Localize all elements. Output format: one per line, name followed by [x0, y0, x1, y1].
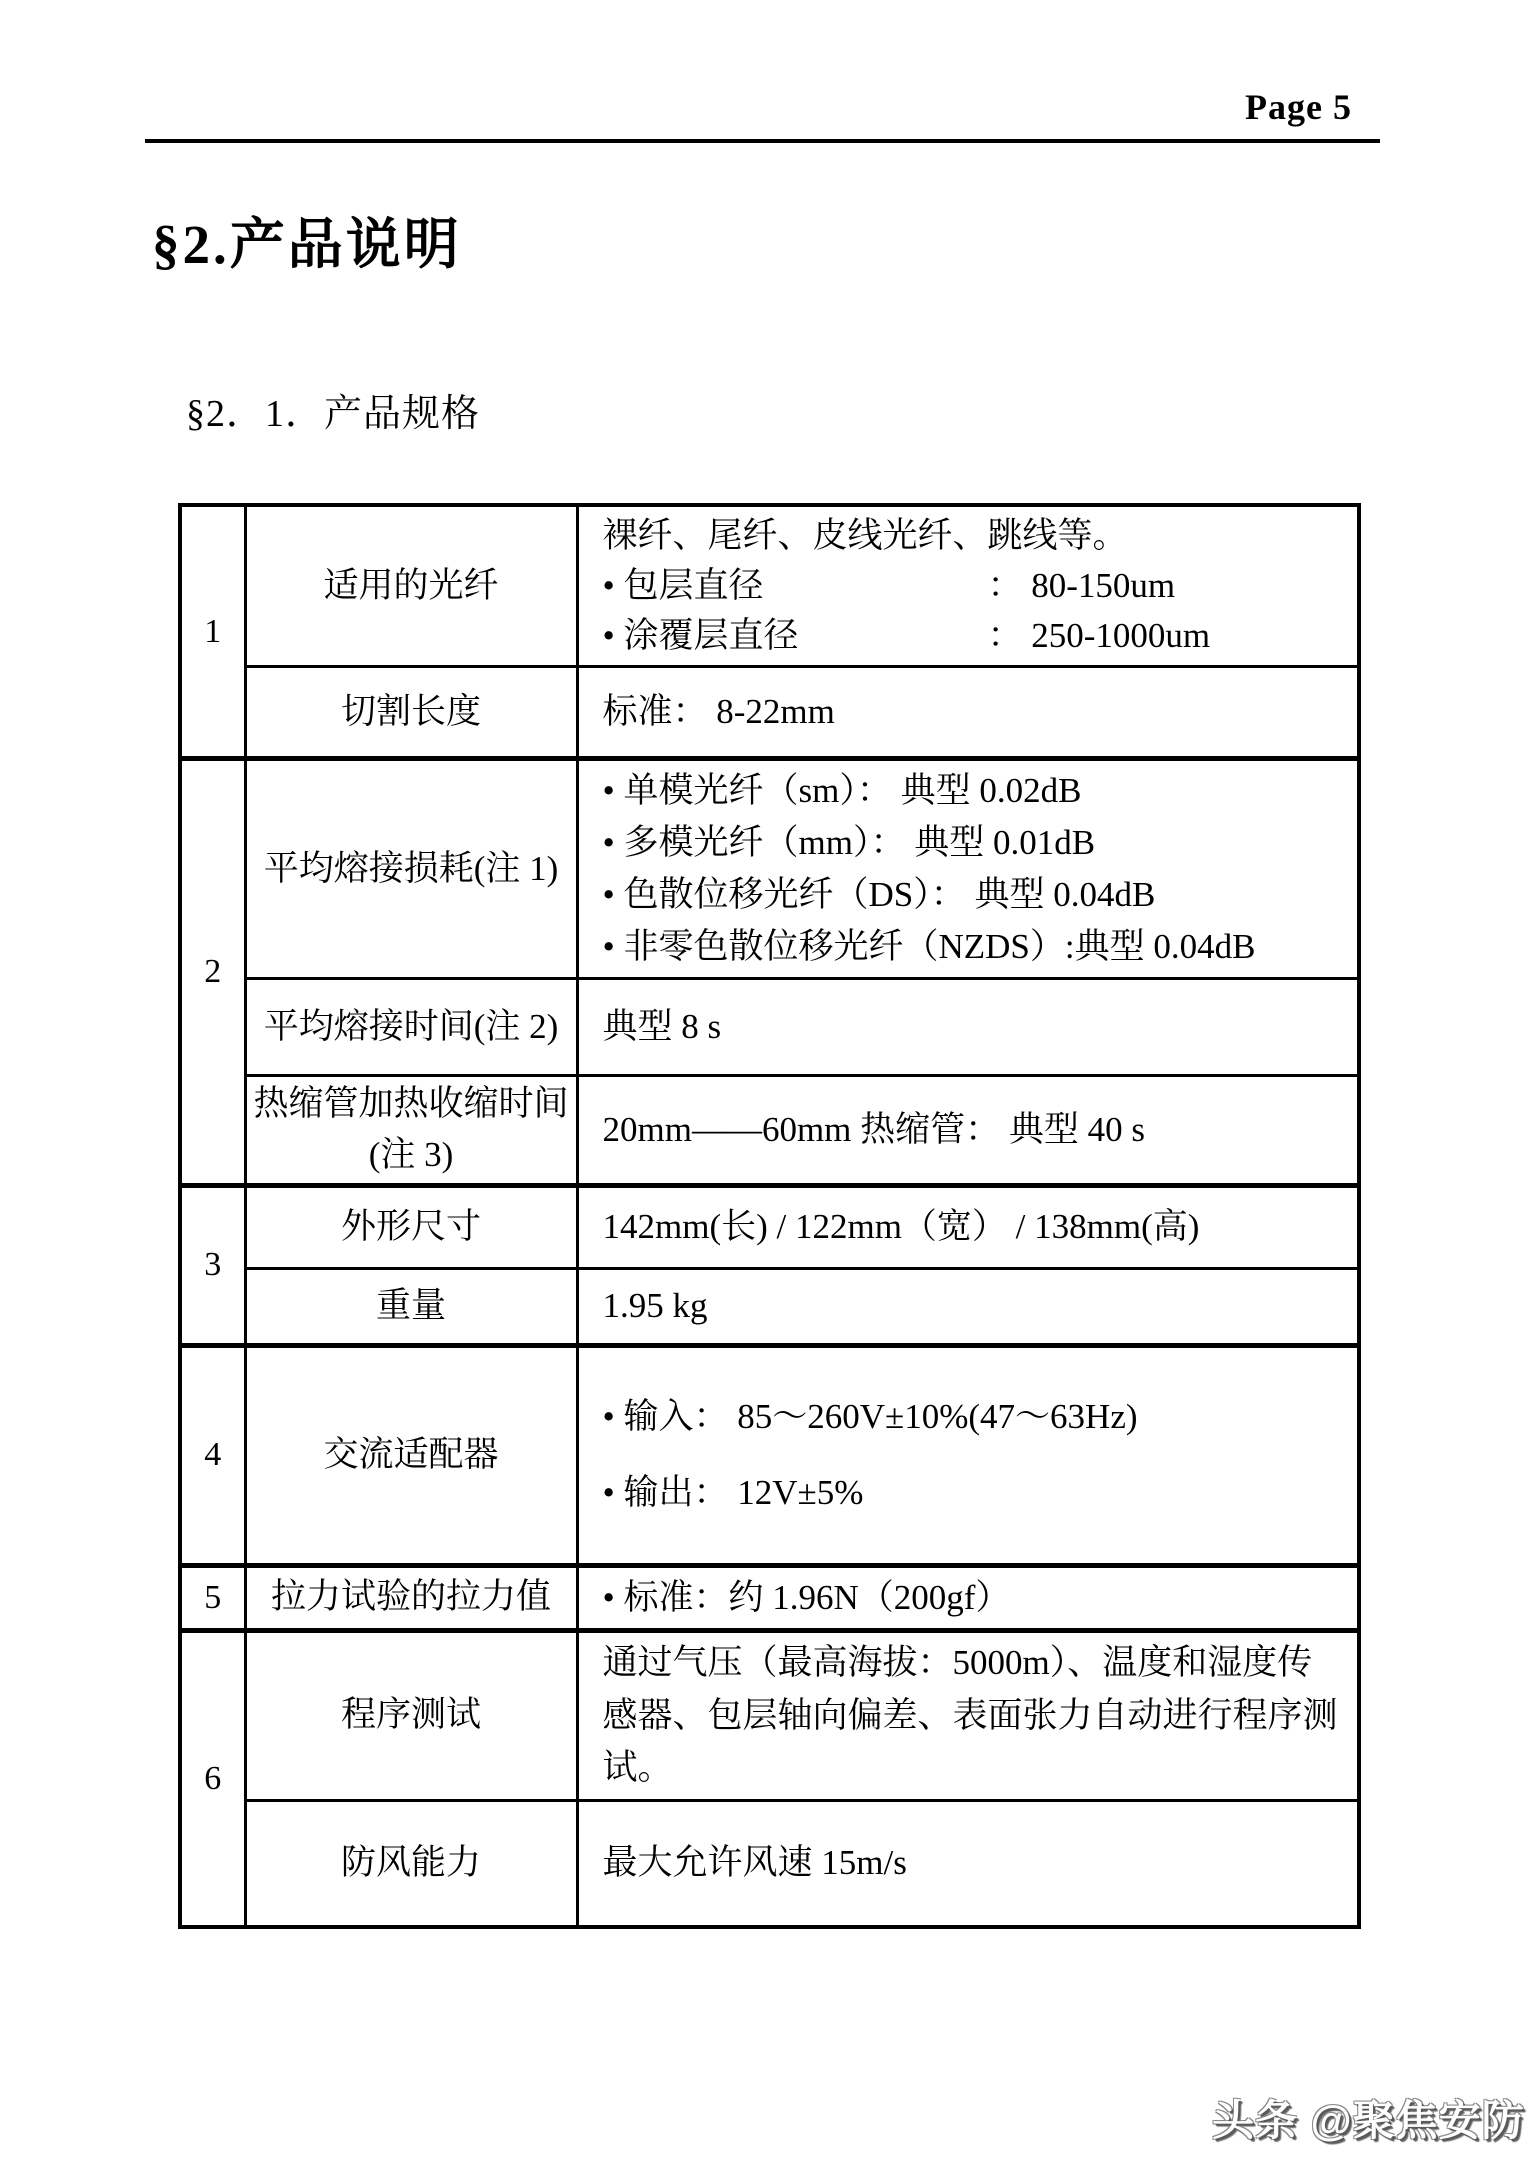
table-row: 热缩管加热收缩时间(注 3) 20mm——60mm 热缩管： 典型 40 s [180, 1076, 1359, 1186]
cladding-diameter-label: • 包层直径 [603, 561, 988, 611]
spec-label-weight: 重量 [245, 1268, 577, 1345]
splice-loss-nzds: • 非零色散位移光纤（NZDS）:典型 0.04dB [603, 921, 1340, 973]
table-row: 3 外形尺寸 142mm(长) / 122mm（宽） / 138mm(高) [180, 1185, 1359, 1268]
spec-value-splice-time: 典型 8 s [577, 979, 1359, 1076]
spec-value-weight: 1.95 kg [577, 1268, 1359, 1345]
row-number-2: 2 [180, 759, 245, 1186]
document-page: Page 5 §2.产品说明 §2．1．产品规格 1 适用的光纤 裸纤、尾纤、皮… [0, 0, 1536, 2174]
page-number: Page 5 [1245, 86, 1352, 128]
coating-diameter-label: • 涂覆层直径 [603, 611, 988, 661]
splice-loss-ds: • 色散位移光纤（DS）： 典型 0.04dB [603, 869, 1340, 921]
section-heading: §2.产品说明 [152, 200, 462, 279]
row-number-1: 1 [180, 505, 245, 759]
spec-label-tension-test: 拉力试验的拉力值 [245, 1565, 577, 1631]
table-row: 4 交流适配器 • 输入： 85～260V±10%(47～63Hz) • 输出：… [180, 1345, 1359, 1565]
spec-label-shrink-time: 热缩管加热收缩时间(注 3) [245, 1076, 577, 1186]
spec-label-splice-loss: 平均熔接损耗(注 1) [245, 759, 577, 979]
splice-loss-mm: • 多模光纤（mm）： 典型 0.01dB [603, 817, 1340, 869]
spec-value-program-test: 通过气压（最高海拔：5000m）、温度和湿度传感器、包层轴向偏差、表面张力自动进… [577, 1631, 1359, 1801]
table-row: 2 平均熔接损耗(注 1) • 单模光纤（sm）： 典型 0.02dB • 多模… [180, 759, 1359, 979]
spec-value-applicable-fiber: 裸纤、尾纤、皮线光纤、跳线等。 • 包层直径： 80-150um • 涂覆层直径… [577, 505, 1359, 667]
cladding-diameter-line: • 包层直径： 80-150um [603, 561, 1340, 611]
spec-label-cleave-length: 切割长度 [245, 667, 577, 759]
table-row: 平均熔接时间(注 2) 典型 8 s [180, 979, 1359, 1076]
spec-value-wind-resistance: 最大允许风速 15m/s [577, 1800, 1359, 1927]
row-number-5: 5 [180, 1565, 245, 1631]
row-number-4: 4 [180, 1345, 245, 1565]
subsection-heading: §2．1．产品规格 [186, 382, 480, 437]
table-row: 1 适用的光纤 裸纤、尾纤、皮线光纤、跳线等。 • 包层直径： 80-150um… [180, 505, 1359, 667]
product-spec-table: 1 适用的光纤 裸纤、尾纤、皮线光纤、跳线等。 • 包层直径： 80-150um… [178, 503, 1361, 1929]
table-row: 6 程序测试 通过气压（最高海拔：5000m）、温度和湿度传感器、包层轴向偏差、… [180, 1631, 1359, 1801]
header-rule [145, 139, 1380, 143]
table-row: 防风能力 最大允许风速 15m/s [180, 1800, 1359, 1927]
row-number-3: 3 [180, 1185, 245, 1345]
splice-loss-sm: • 单模光纤（sm）： 典型 0.02dB [603, 765, 1340, 817]
spec-value-dimensions: 142mm(长) / 122mm（宽） / 138mm(高) [577, 1185, 1359, 1268]
spec-label-splice-time: 平均熔接时间(注 2) [245, 979, 577, 1076]
spec-label-program-test: 程序测试 [245, 1631, 577, 1801]
cladding-diameter-value: ： 80-150um [988, 566, 1176, 605]
row-number-6: 6 [180, 1631, 245, 1928]
watermark: 头条 @聚焦安防 [1212, 2088, 1525, 2148]
ac-output-line: • 输出： 12V±5% [603, 1455, 1340, 1531]
table-row: 切割长度 标准： 8-22mm [180, 667, 1359, 759]
coating-diameter-line: • 涂覆层直径： 250-1000um [603, 611, 1340, 661]
spec-label-applicable-fiber: 适用的光纤 [245, 505, 577, 667]
spec-value-shrink-time: 20mm——60mm 热缩管： 典型 40 s [577, 1076, 1359, 1186]
coating-diameter-value: ： 250-1000um [988, 616, 1211, 655]
spec-label-ac-adapter: 交流适配器 [245, 1345, 577, 1565]
spec-label-wind-resistance: 防风能力 [245, 1800, 577, 1927]
ac-input-line: • 输入： 85～260V±10%(47～63Hz) [603, 1379, 1340, 1455]
spec-value-cleave-length: 标准： 8-22mm [577, 667, 1359, 759]
spec-value-ac-adapter: • 输入： 85～260V±10%(47～63Hz) • 输出： 12V±5% [577, 1345, 1359, 1565]
spec-value-splice-loss: • 单模光纤（sm）： 典型 0.02dB • 多模光纤（mm）： 典型 0.0… [577, 759, 1359, 979]
spec-value-tension-test: • 标准：约 1.96N（200gf） [577, 1565, 1359, 1631]
fiber-types-text: 裸纤、尾纤、皮线光纤、跳线等。 [603, 511, 1340, 561]
spec-label-dimensions: 外形尺寸 [245, 1185, 577, 1268]
table-row: 5 拉力试验的拉力值 • 标准：约 1.96N（200gf） [180, 1565, 1359, 1631]
table-row: 重量 1.95 kg [180, 1268, 1359, 1345]
